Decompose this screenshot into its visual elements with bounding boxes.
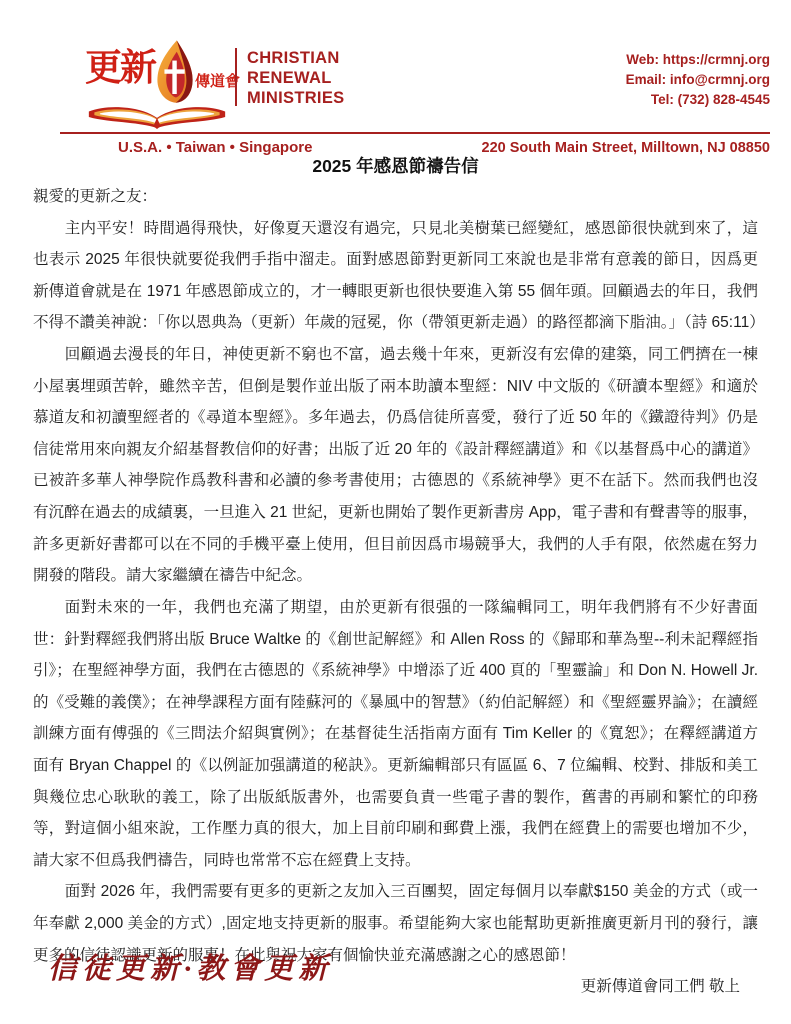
letter-paragraph-3: 面對未來的一年，我們也充滿了期望，由於更新有很强的一隊編輯同工，明年我們將有不少… <box>33 592 758 876</box>
logo-chinese-name: 更新 <box>85 50 155 87</box>
letter-salutation: 親愛的更新之友： <box>33 181 758 213</box>
open-book-icon <box>87 103 227 136</box>
letter-body: 2025 年感恩節禱告信 親愛的更新之友： 主内平安！時間過得飛快，好像夏天還沒… <box>33 153 758 1003</box>
ministry-name-line-2: RENEWAL <box>247 68 344 88</box>
ministry-name-line-1: CHRISTIAN <box>247 48 344 68</box>
contact-web: Web: https://crmnj.org <box>626 50 770 70</box>
letterhead-top-row: 更新 <box>0 42 791 136</box>
contact-tel: Tel: (732) 828-4545 <box>626 90 770 110</box>
letter-paragraph-2: 回顧過去漫長的年日，神使更新不窮也不富，過去幾十年來，更新沒有宏偉的建築，同工們… <box>33 339 758 592</box>
contact-info: Web: https://crmnj.org Email: info@crmnj… <box>626 50 770 110</box>
logo-divider-line <box>235 48 237 106</box>
letter-title: 2025 年感恩節禱告信 <box>33 153 758 178</box>
ministry-logo: 更新 <box>85 42 227 136</box>
ministry-english-name: CHRISTIAN RENEWAL MINISTRIES <box>247 48 344 108</box>
letter-paragraph-1: 主内平安！時間過得飛快，好像夏天還沒有過完，只見北美樹葉已經變紅，感恩節很快就到… <box>33 213 758 339</box>
letterhead: 更新 <box>0 42 791 156</box>
contact-email: Email: info@crmnj.org <box>626 70 770 90</box>
logo-chinese-subtitle: 傳道會 <box>195 70 240 91</box>
flame-cross-icon <box>153 38 197 111</box>
letter-page: 更新 <box>0 0 791 1024</box>
footer-slogan: 信徒更新·教會更新 <box>48 946 332 987</box>
ministry-name-line-3: MINISTRIES <box>247 88 344 108</box>
logo-characters: 更新 <box>85 42 227 111</box>
